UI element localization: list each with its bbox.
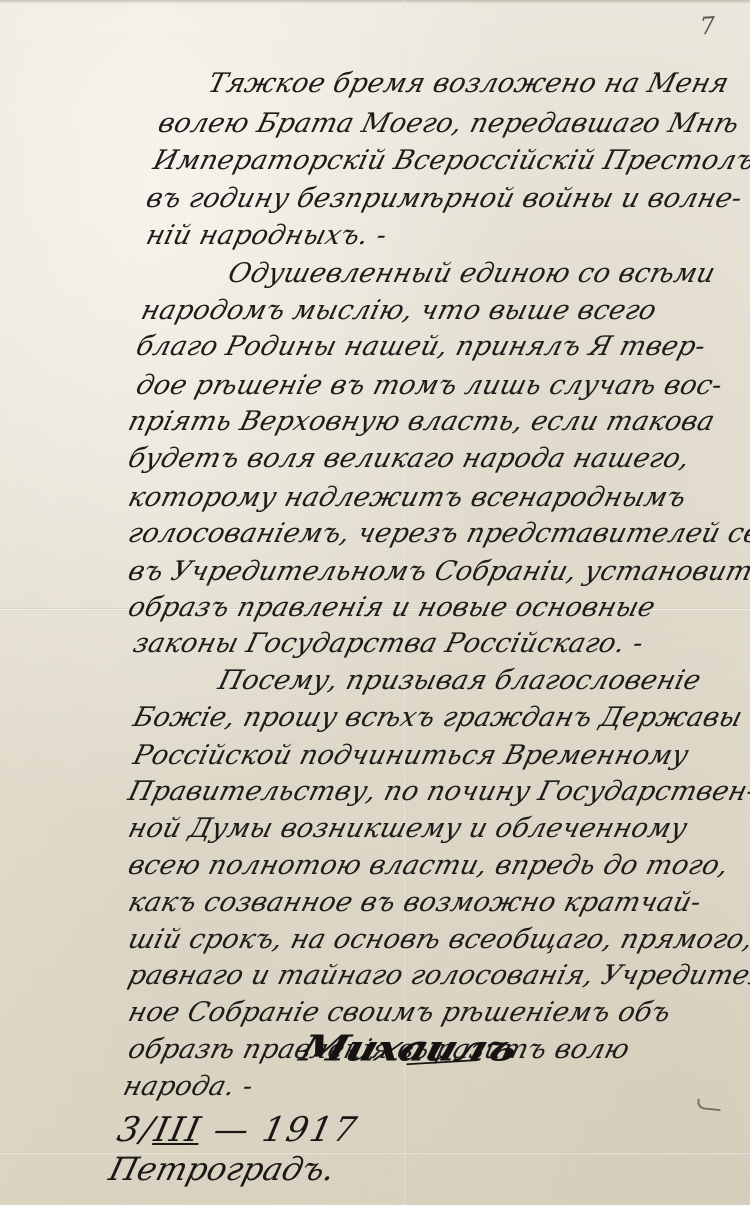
manuscript-line: всею полнотою власти, впредь до того, — [125, 850, 732, 881]
page-top-edge — [0, 0, 750, 4]
manuscript-line: голосованiемъ, черезъ представителей сво… — [125, 518, 750, 549]
manuscript-line: прiять Верховную власть, если такова — [125, 406, 718, 437]
signature: Михаилъ — [295, 1027, 523, 1069]
manuscript-line: въ годину безпримѣрной войны и волне- — [143, 183, 745, 214]
manuscript-line: Божiе, прошу всѣхъ гражданъ Державы — [130, 702, 746, 733]
manuscript-line: нiй народныхъ. - — [143, 220, 390, 251]
manuscript-line: будетъ воля великаго народа нашего, — [125, 443, 693, 474]
manuscript-line: Императорскiй Всероссiйскiй Престолъ — [150, 145, 750, 176]
manuscript-line: образъ правленiя и новые основные — [125, 592, 658, 623]
date-line: 3/III — 1917 — [114, 1110, 362, 1150]
manuscript-line: которому надлежитъ всенароднымъ — [125, 482, 689, 513]
page-number: 7 — [699, 12, 716, 41]
manuscript-line: ной Думы возникшему и облеченному — [125, 813, 691, 844]
manuscript-line: ное Собранiе своимъ рѣшенiемъ объ — [125, 997, 674, 1028]
manuscript-line: законы Государства Россiйскаго. - — [130, 628, 647, 659]
closing-line: народа. - — [120, 1071, 256, 1102]
manuscript-line: Одушевленный единою со всѣми — [225, 258, 718, 289]
manuscript-line: какъ созванное въ возможно кратчай- — [125, 887, 704, 918]
manuscript-line: Правительству, по почину Государствен- — [125, 776, 750, 807]
manuscript-line: Тяжкое бремя возложено на Меня — [205, 68, 732, 99]
manuscript-line: благо Родины нашей, принялъ Я твер- — [133, 331, 709, 362]
date-year: — 1917 — [210, 1110, 362, 1150]
manuscript-line: шiй срокъ, на основѣ всеобщаго, прямого, — [125, 924, 750, 955]
manuscript-line: Россiйской подчиниться Временному — [130, 740, 692, 771]
manuscript-line: равнаго и тайнаго голосованiя, Учредител… — [125, 960, 750, 991]
manuscript-line: народомъ мыслiю, что выше всего — [138, 295, 660, 326]
place-name: Петроградъ. — [105, 1150, 339, 1188]
manuscript-line: въ Учредительномъ Собранiи, установить — [125, 556, 750, 587]
manuscript-line: дое рѣшенiе въ томъ лишь случаѣ вос- — [133, 370, 726, 401]
date-month-roman: III — [151, 1110, 206, 1150]
manuscript-line: волею Брата Моего, передавшаго Мнѣ — [155, 108, 742, 139]
manuscript-line: Посему, призывая благословенiе — [215, 665, 704, 696]
